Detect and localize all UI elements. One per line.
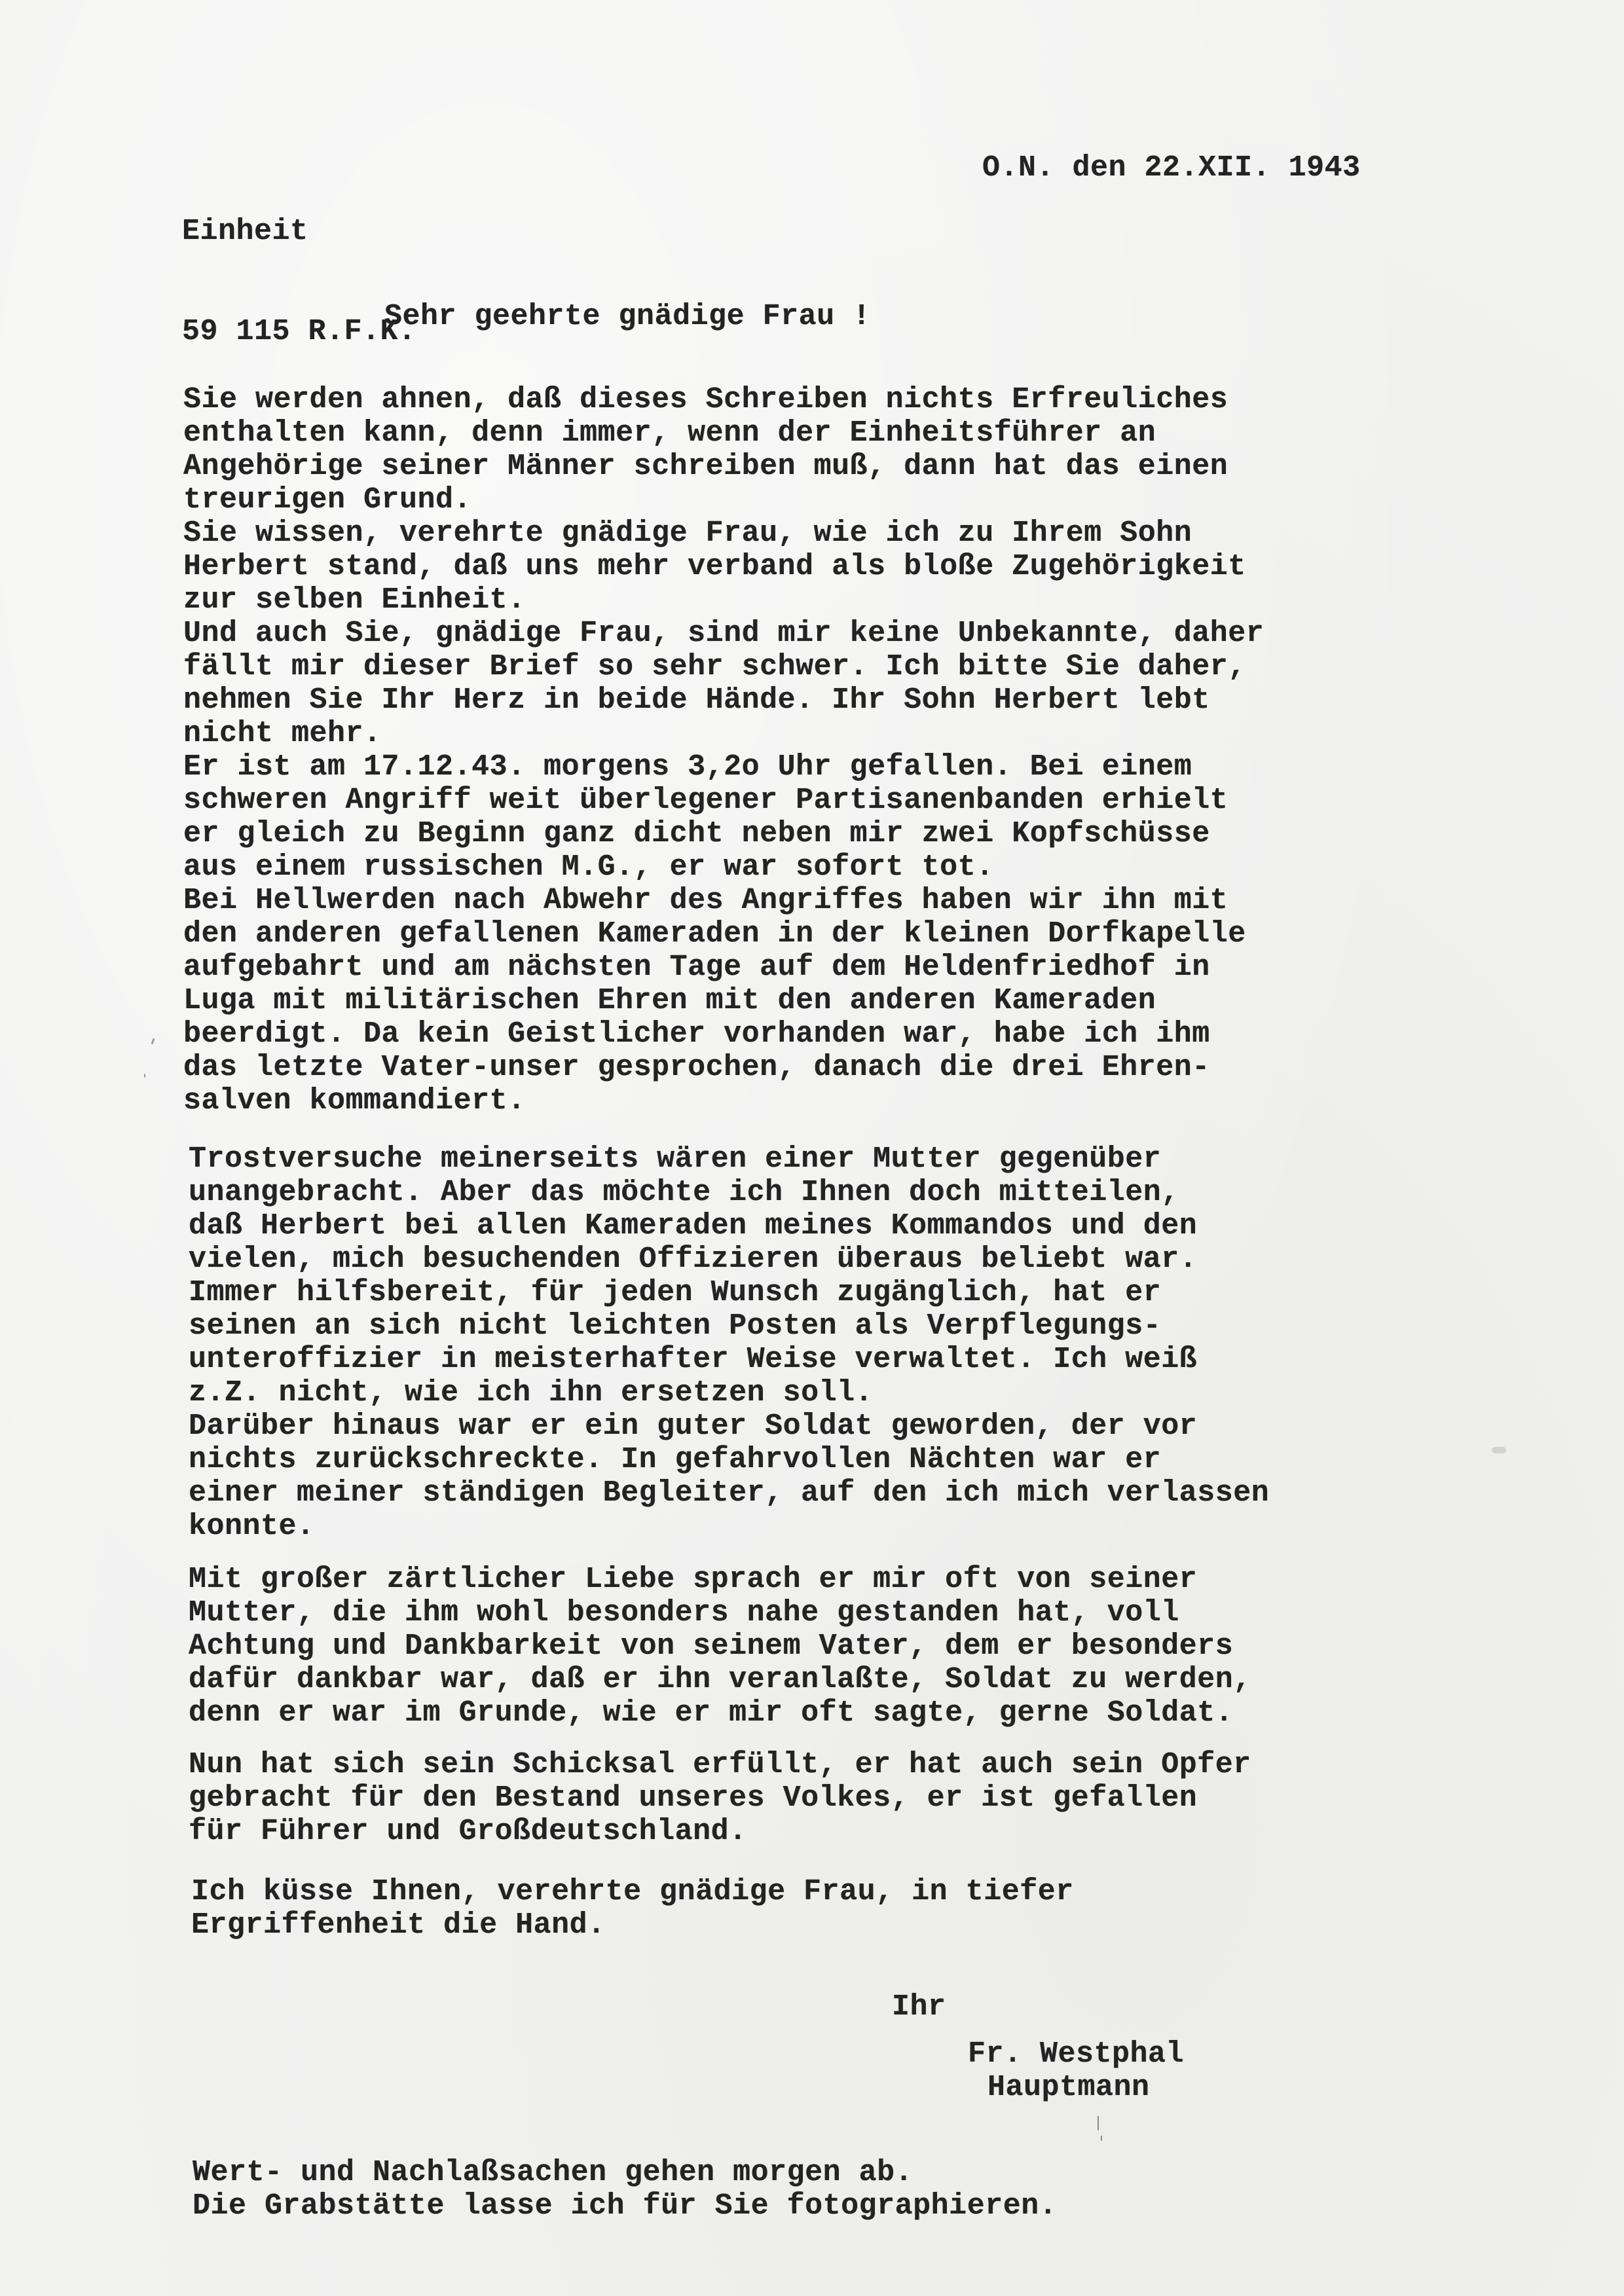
text-line: aufgebahrt und am nächsten Tage auf dem …	[183, 951, 1264, 984]
text-line: Achtung und Dankbarkeit von seinem Vater…	[189, 1630, 1251, 1663]
text-line: Darüber hinaus war er ein guter Soldat g…	[189, 1410, 1269, 1443]
scan-speck	[151, 1038, 155, 1044]
text-line: Er ist am 17.12.43. morgens 3,2o Uhr gef…	[183, 750, 1264, 784]
text-line: Mutter, die ihm wohl besonders nahe gest…	[189, 1596, 1251, 1630]
unit-line: Einheit	[182, 215, 416, 248]
text-line: daß Herbert bei allen Kameraden meines K…	[189, 1209, 1269, 1243]
text-line: Sie werden ahnen, daß dieses Schreiben n…	[183, 383, 1264, 416]
text-line: Wert- und Nachlaßsachen gehen morgen ab.	[193, 2156, 1057, 2189]
text-line: er gleich zu Beginn ganz dicht neben mir…	[183, 817, 1264, 850]
scan-speck	[1098, 2116, 1099, 2130]
text-line: nichts zurückschreckte. In gefahrvollen …	[189, 1443, 1269, 1476]
text-line: unteroffizier in meisterhafter Weise ver…	[189, 1343, 1269, 1376]
text-line: z.Z. nicht, wie ich ihn ersetzen soll.	[189, 1376, 1269, 1410]
text-line: schweren Angriff weit überlegener Partis…	[183, 784, 1264, 817]
text-line: Luga mit militärischen Ehren mit den and…	[183, 984, 1264, 1017]
text-line: Die Grabstätte lasse ich für Sie fotogra…	[193, 2189, 1057, 2223]
text-line: Ergriffenheit die Hand.	[191, 1908, 1074, 1942]
scan-smudge	[1492, 1447, 1506, 1453]
unit-line: 59 115 R.F.K.	[182, 315, 416, 348]
scan-speck	[1101, 2136, 1102, 2141]
scan-speck	[1103, 1003, 1105, 1005]
text-line: dafür dankbar war, daß er ihn veranlaßte…	[189, 1663, 1251, 1696]
text-line: vielen, mich besuchenden Offizieren über…	[189, 1243, 1269, 1276]
text-line: Mit großer zärtlicher Liebe sprach er mi…	[189, 1563, 1251, 1596]
text-line: einer meiner ständigen Begleiter, auf de…	[189, 1476, 1269, 1510]
text-line: Herbert stand, daß uns mehr verband als …	[183, 550, 1264, 583]
text-line: salven kommandiert.	[183, 1084, 1264, 1118]
text-line: Ich küsse Ihnen, verehrte gnädige Frau, …	[191, 1875, 1074, 1908]
text-line: denn er war im Grunde, wie er mir oft sa…	[189, 1696, 1251, 1730]
text-line: Trostversuche meinerseits wären einer Mu…	[189, 1142, 1269, 1176]
text-line: für Führer und Großdeutschland.	[189, 1815, 1251, 1848]
place-date: O.N. den 22.XII. 1943	[982, 151, 1361, 185]
text-line: Angehörige seiner Männer schreiben muß, …	[183, 450, 1264, 483]
text-line: fällt mir dieser Brief so sehr schwer. I…	[183, 650, 1264, 683]
paragraph-4: Nun hat sich sein Schicksal erfüllt, er …	[189, 1748, 1251, 1848]
signature-name: Fr. Westphal	[968, 2037, 1184, 2071]
text-line: unangebracht. Aber das möchte ich Ihnen …	[189, 1176, 1269, 1209]
paragraph-3: Mit großer zärtlicher Liebe sprach er mi…	[189, 1563, 1251, 1730]
postscript: Wert- und Nachlaßsachen gehen morgen ab.…	[193, 2156, 1057, 2223]
text-line: aus einem russischen M.G., er war sofort…	[183, 850, 1264, 884]
text-line: nehmen Sie Ihr Herz in beide Hände. Ihr …	[183, 683, 1264, 717]
text-line: das letzte Vater-unser gesprochen, danac…	[183, 1051, 1264, 1084]
paragraph-1: Sie werden ahnen, daß dieses Schreiben n…	[183, 383, 1264, 1118]
text-line: zur selben Einheit.	[183, 583, 1264, 617]
text-line: gebracht für den Bestand unseres Volkes,…	[189, 1781, 1251, 1815]
scan-speck	[144, 1074, 145, 1078]
salutation: Sehr geehrte gnädige Frau !	[384, 300, 871, 333]
text-line: Und auch Sie, gnädige Frau, sind mir kei…	[183, 617, 1264, 650]
letter-page: Einheit 59 115 R.F.K. O.N. den 22.XII. 1…	[0, 0, 1624, 2296]
text-line: treurigen Grund.	[183, 483, 1264, 517]
text-line: Sie wissen, verehrte gnädige Frau, wie i…	[183, 517, 1264, 550]
text-line: enthalten kann, denn immer, wenn der Ein…	[183, 416, 1264, 450]
text-line: beerdigt. Da kein Geistlicher vorhanden …	[183, 1017, 1264, 1051]
closing-word: Ihr	[892, 1990, 946, 2024]
text-line: den anderen gefallenen Kameraden in der …	[183, 917, 1264, 951]
text-line: Nun hat sich sein Schicksal erfüllt, er …	[189, 1748, 1251, 1781]
text-line: nicht mehr.	[183, 717, 1264, 750]
paragraph-5: Ich küsse Ihnen, verehrte gnädige Frau, …	[191, 1875, 1074, 1942]
text-line: seinen an sich nicht leichten Posten als…	[189, 1309, 1269, 1343]
unit-designation: Einheit 59 115 R.F.K.	[182, 148, 416, 415]
text-line: konnte.	[189, 1510, 1269, 1543]
paragraph-2: Trostversuche meinerseits wären einer Mu…	[189, 1142, 1269, 1543]
text-line: Bei Hellwerden nach Abwehr des Angriffes…	[183, 884, 1264, 917]
signature-rank: Hauptmann	[987, 2071, 1150, 2104]
text-line: Immer hilfsbereit, für jeden Wunsch zugä…	[189, 1276, 1269, 1309]
